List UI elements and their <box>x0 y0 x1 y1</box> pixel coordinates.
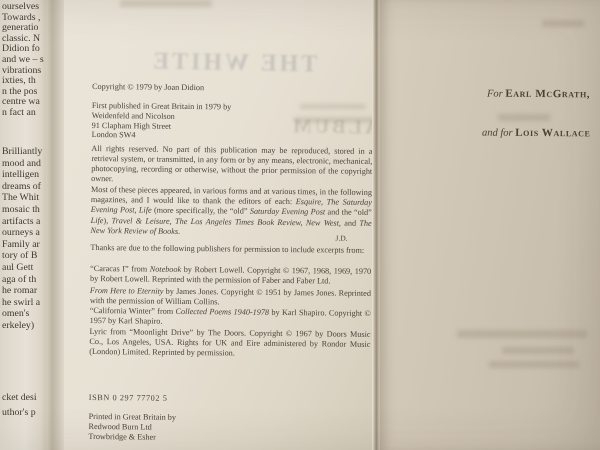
dedication-page: For Earl McGrath, and for Lois Wallace <box>380 0 600 450</box>
showthrough-smudge <box>498 114 550 121</box>
showthrough-smudge <box>542 20 584 27</box>
credit-doors: Lyric from “Moonlight Drive” by The Door… <box>89 327 370 360</box>
copyright-page: THE WHITE ALBUM Copyright © 1979 by Joan… <box>64 0 372 450</box>
showthrough-smudge <box>457 330 587 338</box>
flap-text-fragments-middle: Brilliantlymood andintelligendreams ofTh… <box>2 146 44 332</box>
copyright-line: Copyright © 1979 by Joan Didion <box>92 82 373 95</box>
printer-info: Printed in Great Britain byRedwood Burn … <box>88 412 369 445</box>
page-edge <box>372 0 380 450</box>
permissions-intro: Thanks are due to the following publishe… <box>90 243 371 256</box>
jacket-flap: ourselvesTowards ,generatioclassic. NDid… <box>0 0 46 450</box>
gutter-shadow <box>46 0 64 450</box>
rights-notice: All rights reserved. No part of this pub… <box>91 144 372 187</box>
dedication-line-2: and for Lois Wallace <box>481 127 590 140</box>
dedication-line-1: For Earl McGrath, <box>487 88 590 101</box>
author-initials: J.D. <box>90 231 371 244</box>
isbn-number: ISBN 0 297 77702 5 <box>89 393 370 406</box>
showthrough-smudge <box>489 361 579 368</box>
showthrough-smudge <box>502 347 574 354</box>
flap-text-fragments-top: ourselvesTowards ,generatioclassic. NDid… <box>2 2 44 119</box>
book-photo: ourselvesTowards ,generatioclassic. NDid… <box>0 0 600 450</box>
credit-shapiro: “California Winter” from Collected Poems… <box>90 306 371 329</box>
publisher-address: First published in Great Britain in 1979… <box>92 101 373 143</box>
copyright-text-block: Copyright © 1979 by Joan Didion First pu… <box>88 0 374 450</box>
flap-text-fragments-bottom: cket desiuthor's p <box>2 390 44 420</box>
credit-lowell: “Caracas I” from Notebook by Robert Lowe… <box>90 264 371 287</box>
